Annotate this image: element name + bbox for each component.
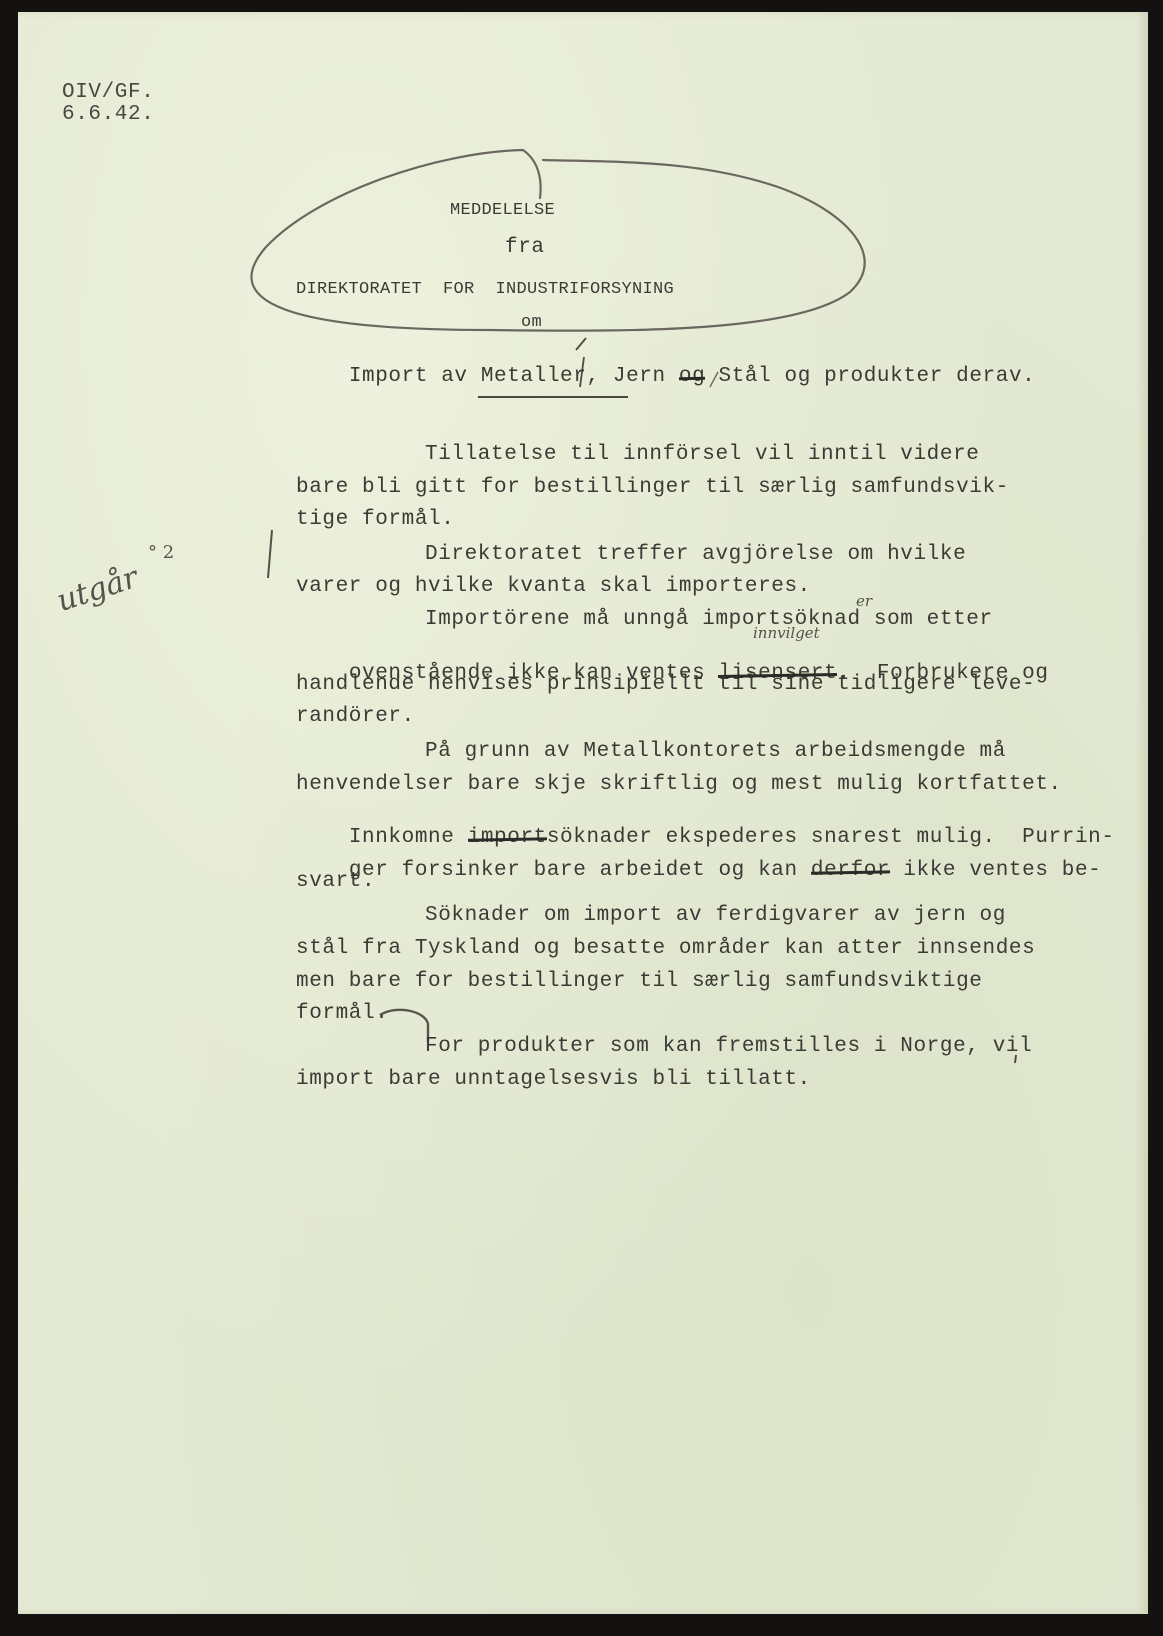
p3-line4: randörer. xyxy=(296,706,415,727)
document-page: OIV/GF. 6.6.42. MEDDELELSE fra DIREKTORA… xyxy=(18,12,1148,1614)
p4-line2: henvendelser bare skje skriftlig og mest… xyxy=(296,774,1062,795)
p6-line1: For produkter som kan fremstilles i Norg… xyxy=(425,1036,1032,1057)
margin-note-utgar: utgår xyxy=(53,560,143,619)
struck-og: og xyxy=(679,365,705,388)
subject-line: Import av Metaller, Jern og Stål og prod… xyxy=(296,345,1035,408)
heading-divider xyxy=(478,396,628,398)
handwritten-insert-innvilget: innvilget xyxy=(753,624,820,642)
document-date: 6.6.42. xyxy=(62,104,154,125)
p2-line2: varer og hvilke kvanta skal importeres. xyxy=(296,576,811,597)
p4-line4: ger forsinker bare arbeidet og kan derfo… xyxy=(296,839,1101,902)
handwritten-insert-er: er xyxy=(856,592,872,610)
margin-note-superscripts: ° 2 xyxy=(148,542,174,563)
p4-line5: svart. xyxy=(296,871,375,892)
p1-line1: Tillatelse til innförsel vil inntil vide… xyxy=(425,444,980,465)
p5-line3: men bare for bestillinger til særlig sam… xyxy=(296,971,983,992)
heading-fra: fra xyxy=(505,237,545,258)
p5-line4: formål. xyxy=(296,1003,388,1024)
heading-directorate: DIREKTORATET FOR INDUSTRIFORSYNING xyxy=(296,281,674,298)
p5-line2: stål fra Tyskland og besatte områder kan… xyxy=(296,938,1035,959)
p1-line3: tige formål. xyxy=(296,509,454,530)
p1-line2: bare bli gitt for bestillinger til særli… xyxy=(296,477,1009,498)
struck-derfor: derfor xyxy=(811,859,890,882)
reference-code: OIV/GF. xyxy=(62,82,154,103)
heading-om: om xyxy=(521,314,542,331)
p3-line1: Importörene må unngå importsöknad som et… xyxy=(425,609,993,630)
p6-line2: import bare unntagelsesvis bli tillatt. xyxy=(296,1069,811,1090)
p4-line1: På grunn av Metallkontorets arbeidsmengd… xyxy=(425,741,1006,762)
p2-line1: Direktoratet treffer avgjörelse om hvilk… xyxy=(425,544,966,565)
p3-line3: handlende henvises prinsipiellt til sine… xyxy=(296,674,1035,695)
p5-line1: Söknader om import av ferdigvarer av jer… xyxy=(425,905,1006,926)
heading-meddelelse: MEDDELELSE xyxy=(450,202,555,219)
